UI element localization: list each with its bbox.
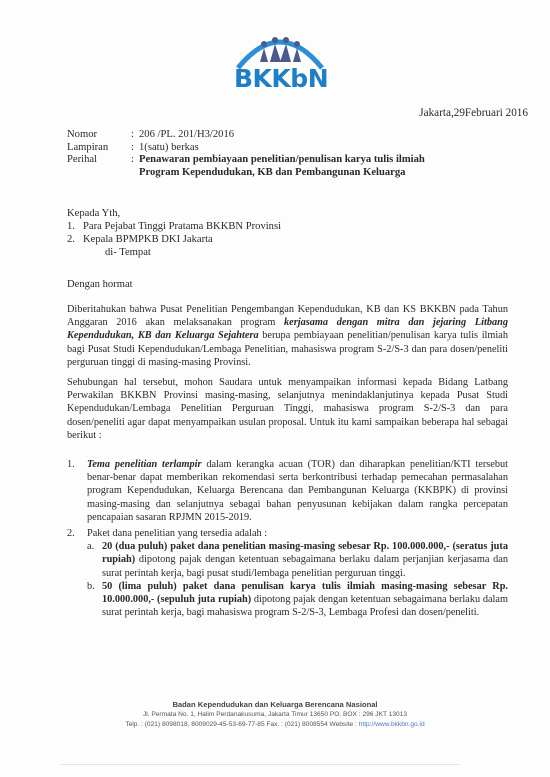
page-edge-divider [60,764,460,765]
recipient-item: 1. Para Pejabat Tinggi Pratama BKKBN Pro… [67,220,281,233]
recipients-heading: Kepada Yth, [67,207,281,220]
paragraph-intro: Diberitahukan bahwa Pusat Penelitian Pen… [67,303,508,369]
perihal-label: Perihal [67,154,131,167]
point-2: 2. Paket dana penelitian yang tersedia a… [67,527,508,619]
point-1-emphasis: Tema penelitian terlampir [87,459,202,470]
logo-text: BKKbN [234,64,326,93]
perihal-value: Penawaran pembiayaan penelitian/penulisa… [139,154,425,167]
letter-date: Jakarta,29Februari 2016 [419,107,528,119]
letter-meta: Nomor : 206 /PL. 201/H3/2016 Lampiran : … [67,129,425,179]
lampiran-value: 1(satu) berkas [139,142,199,155]
nomor-row: Nomor : 206 /PL. 201/H3/2016 [67,129,425,142]
sub-point-a: a. 20 (dua puluh) paket dana penelitian … [87,540,508,580]
nomor-label: Nomor [67,129,131,142]
footer-org: Badan Kependudukan dan Keluarga Berencan… [0,700,550,710]
recipient-item: 2. Kepala BPMPKB DKI Jakarta [67,233,281,246]
perihal-row: Perihal : Penawaran pembiayaan penelitia… [67,154,425,167]
recipients-block: Kepada Yth, 1. Para Pejabat Tinggi Prata… [67,207,281,259]
letter-footer: Badan Kependudukan dan Keluarga Berencan… [0,700,550,729]
perihal-value-line2: Program Kependudukan, KB dan Pembangunan… [67,167,425,180]
footer-address: Jl. Permata No. 1, Halim Perdanakusuma, … [0,710,550,720]
nomor-value: 206 /PL. 201/H3/2016 [139,129,234,142]
point-1: 1. Tema penelitian terlampir dalam keran… [67,458,508,524]
recipient-place: di- Tempat [67,246,281,259]
lampiran-label: Lampiran [67,142,131,155]
lampiran-row: Lampiran : 1(satu) berkas [67,142,425,155]
paragraph-request: Sehubungan hal tersebut, mohon Saudara u… [67,376,508,442]
sub-point-b: b. 50 (lima puluh) paket dana penulisan … [87,580,508,620]
salutation: Dengan hormat [67,279,133,290]
letter-page: BKKbN Jakarta,29Februari 2016 Nomor : 20… [0,0,550,777]
bkkbn-logo: BKKbN [234,22,326,94]
footer-contact: Telp. : (021) 8098018, 8009029-45-53-69-… [0,720,550,730]
website-link[interactable]: http://www.bkkbn.go.id [359,721,425,728]
